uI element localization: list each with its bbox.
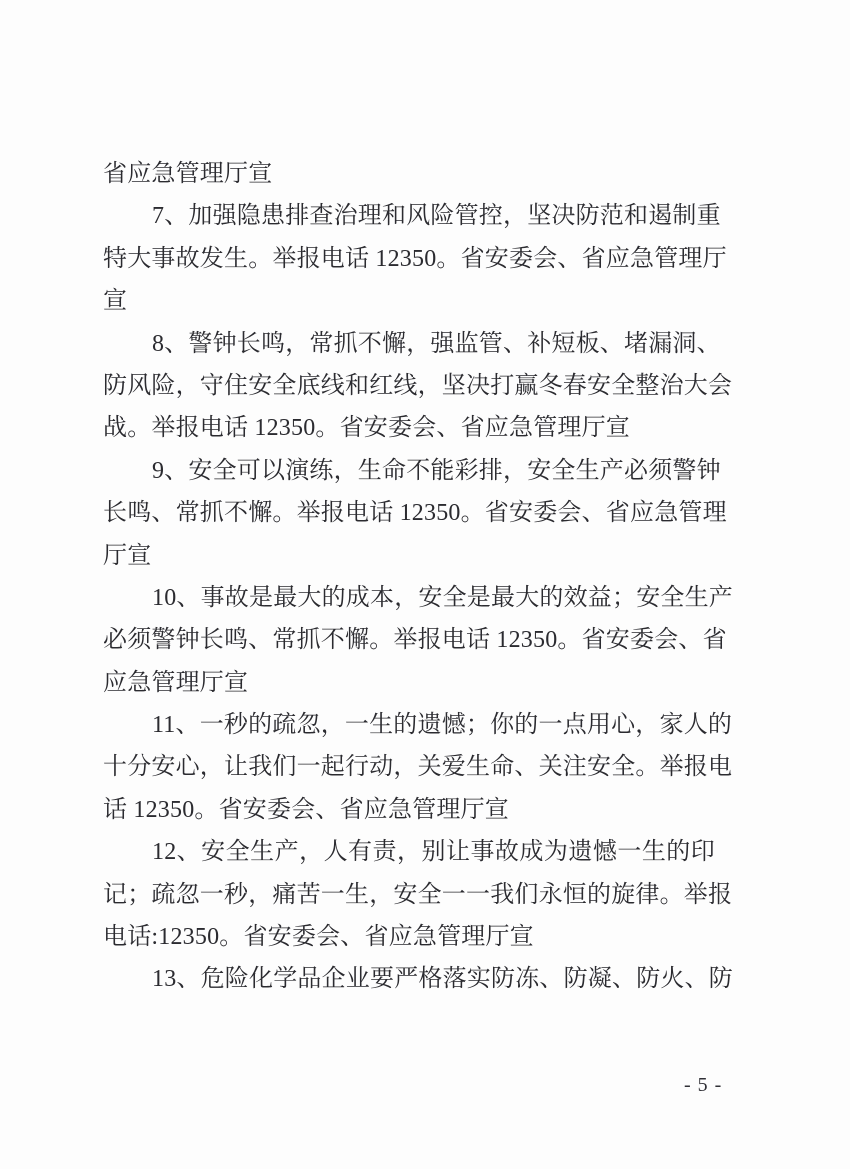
page-number: - 5 -	[684, 1074, 722, 1097]
text-line: 应急管理厅宣	[103, 662, 715, 704]
text-line: 话 12350。省安委会、省应急管理厅宣	[103, 789, 715, 831]
text-line: 11、一秒的疏忽，一生的遗憾；你的一点用心，家人的	[103, 704, 715, 746]
text-line: 防风险，守住安全底线和红线，坚决打赢冬春安全整治大会	[103, 365, 715, 407]
scanned-document-page: 省应急管理厅宣 7、加强隐患排查治理和风险管控，坚决防范和遏制重 特大事故发生。…	[0, 0, 850, 1169]
text-line: 7、加强隐患排查治理和风险管控，坚决防范和遏制重	[103, 195, 715, 237]
text-line: 十分安心，让我们一起行动，关爱生命、关注安全。举报电	[103, 746, 715, 788]
text-line: 必须警钟长鸣、常抓不懈。举报电话 12350。省安委会、省	[103, 619, 715, 661]
text-line: 8、警钟长鸣，常抓不懈，强监管、补短板、堵漏洞、	[103, 323, 715, 365]
text-line: 12、安全生产，人有责，别让事故成为遗憾一生的印	[103, 831, 715, 873]
text-line: 厅宣	[103, 535, 715, 577]
text-line: 10、事故是最大的成本，安全是最大的效益；安全生产	[103, 577, 715, 619]
text-line: 长鸣、常抓不懈。举报电话 12350。省安委会、省应急管理	[103, 492, 715, 534]
text-line: 13、危险化学品企业要严格落实防冻、防凝、防火、防	[103, 958, 715, 1000]
text-line: 特大事故发生。举报电话 12350。省安委会、省应急管理厅	[103, 238, 715, 280]
text-line: 宣	[103, 280, 715, 322]
text-line: 记；疏忽一秒，痛苦一生，安全一一我们永恒的旋律。举报	[103, 874, 715, 916]
text-line: 省应急管理厅宣	[103, 153, 715, 195]
body-text: 省应急管理厅宣 7、加强隐患排查治理和风险管控，坚决防范和遏制重 特大事故发生。…	[103, 153, 715, 1001]
text-line: 电话:12350。省安委会、省应急管理厅宣	[103, 916, 715, 958]
text-line: 9、安全可以演练，生命不能彩排，安全生产必须警钟	[103, 450, 715, 492]
text-line: 战。举报电话 12350。省安委会、省应急管理厅宣	[103, 407, 715, 449]
